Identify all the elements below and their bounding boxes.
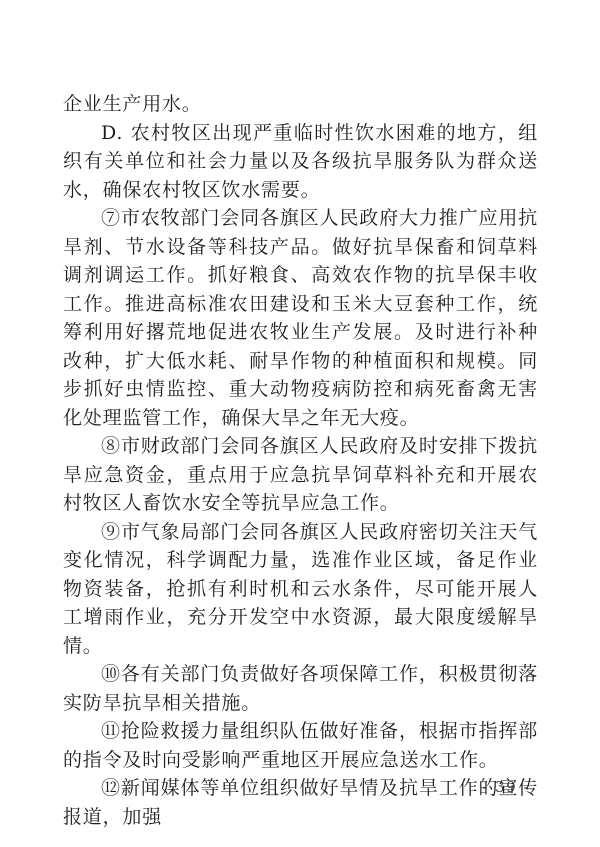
paragraph-item-9: ⑨市气象局部门会同各旗区人民政府密切关注天气变化情况，科学调配力量，选准作业区域… [63,518,538,661]
paragraph-item-8: ⑧市财政部门会同各旗区人民政府及时安排下拨抗旱应急资金，重点用于应急抗旱饲草料补… [63,432,538,518]
paragraph-item-7: ⑦市农牧部门会同各旗区人民政府大力推广应用抗旱剂、节水设备等科技产品。做好抗旱保… [63,204,538,432]
paragraph-item-11: ⑪抢险救援力量组织队伍做好准备，根据市指挥部的指令及时向受影响严重地区开展应急送… [63,717,538,774]
document-page: 企业生产用水。 D. 农村牧区出现严重临时性饮水困难的地方，组织有关单位和社会力… [0,0,600,847]
paragraph-item-12: ⑫新闻媒体等单位组织做好旱情及抗旱工作的宣传报道，加强 [63,774,538,831]
body-text: 企业生产用水。 D. 农村牧区出现严重临时性饮水困难的地方，组织有关单位和社会力… [63,90,538,831]
paragraph-continuation: 企业生产用水。 [63,90,538,119]
page-number: - 39 - [482,778,530,796]
paragraph-item-10: ⑩各有关部门负责做好各项保障工作，积极贯彻落实防旱抗旱相关措施。 [63,660,538,717]
paragraph-item-d: D. 农村牧区出现严重临时性饮水困难的地方，组织有关单位和社会力量以及各级抗旱服… [63,119,538,205]
